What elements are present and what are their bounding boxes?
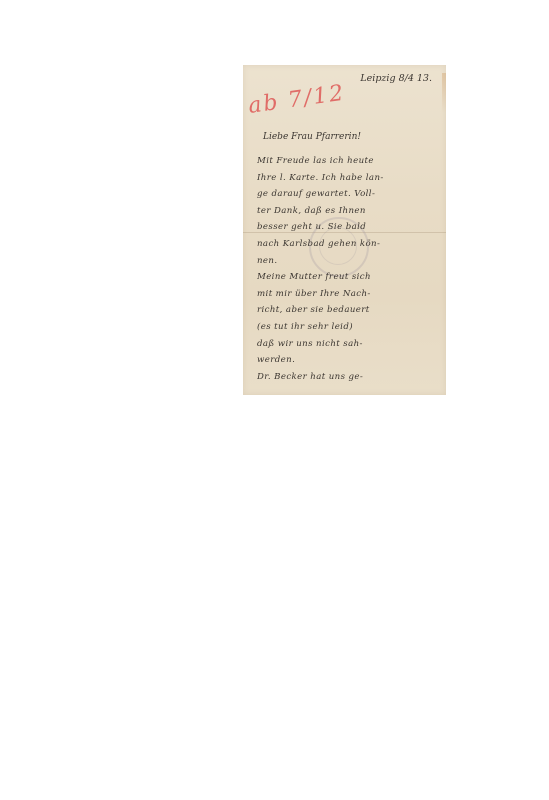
letter-page: ab 7/12 Leipzig 8/4 13. Liebe Frau Pfarr… — [243, 65, 446, 395]
letter-line: Dr. Becker hat uns ge- — [257, 369, 442, 386]
letter-line: nen. — [257, 253, 442, 270]
red-annotation: ab 7/12 — [247, 80, 352, 134]
letter-line: werden. — [257, 352, 442, 369]
letter-line: (es tut ihr sehr leid) — [257, 319, 442, 336]
letter-line: ge darauf gewartet. Voll- — [257, 186, 442, 203]
letter-line: mit mir über Ihre Nach- — [257, 286, 442, 303]
letter-line: daß wir uns nicht sah- — [257, 336, 442, 353]
letter-line: ter Dank, daß es Ihnen — [257, 203, 442, 220]
letter-line: Ihre l. Karte. Ich habe lan- — [257, 170, 442, 187]
letter-line: richt, aber sie bedauert — [257, 302, 442, 319]
letter-line: Meine Mutter freut sich — [257, 269, 442, 286]
salutation: Liebe Frau Pfarrerin! — [263, 132, 361, 142]
letter-line: nach Karlsbad gehen kön- — [257, 236, 442, 253]
letter-line: besser geht u. Sie bald — [257, 219, 442, 236]
dateline: Leipzig 8/4 13. — [360, 73, 432, 84]
letter-body: Mit Freude las ich heuteIhre l. Karte. I… — [257, 153, 442, 385]
letter-line: Mit Freude las ich heute — [257, 153, 442, 170]
